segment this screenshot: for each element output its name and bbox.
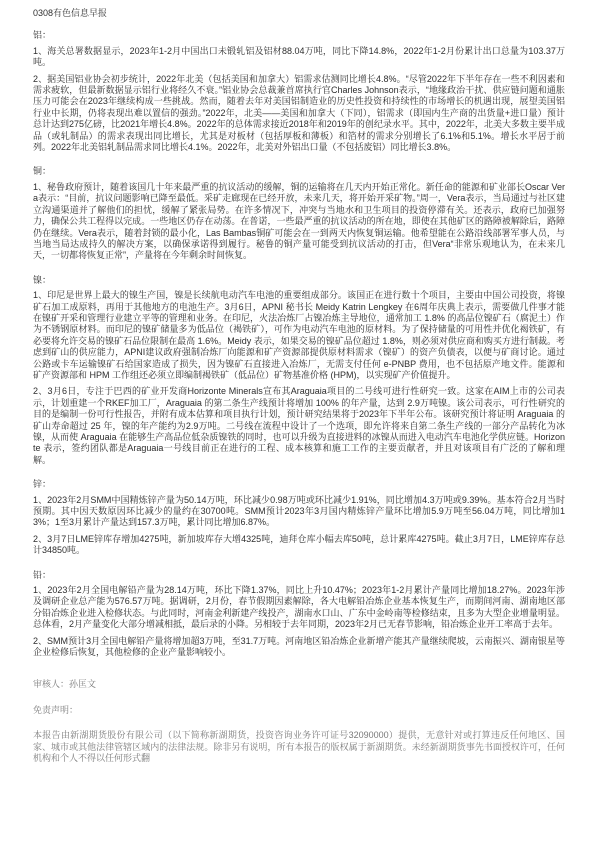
- section-zinc: 锌： 1、2023年2月SMM中国精炼锌产量为50.14万吨，环比减少0.98万…: [33, 479, 565, 556]
- lead-item-2: 2、SMM预计3月全国电解铅产量将增加超3万吨，至31.7万吨。河南地区铅冶炼企…: [33, 636, 565, 659]
- disclaimer-text: 本报告由新湖期货股份有限公司（以下简称新湖期货，投资咨询业务许可证号320900…: [33, 730, 565, 764]
- section-nickel: 镍： 1、印尼是世界上最大的镍生产国，镍是长续航电动汽车电池的重要组成部分。该国…: [33, 275, 565, 467]
- lead-item-1: 1、2023年2月全国电解铅产量为28.14万吨，环比下降1.37%，同比上升1…: [33, 585, 565, 631]
- nickel-item-2: 2、3月6日，专注于巴西的矿业开发商Horizonte Minerals宣布其A…: [33, 386, 565, 466]
- zinc-item-2: 2、3月7日LME锌库存增加4275吨，新加坡库存大增4325吨，迪拜仓库小幅去…: [33, 534, 565, 557]
- section-label-aluminum: 铝：: [33, 30, 565, 41]
- section-label-zinc: 锌：: [33, 479, 565, 490]
- aluminum-item-1: 1、海关总署数据显示，2023年1-2月中国出口未锻轧铝及铝材88.04万吨，同…: [33, 46, 565, 69]
- section-aluminum: 铝： 1、海关总署数据显示，2023年1-2月中国出口未锻轧铝及铝材88.04万…: [33, 30, 565, 153]
- section-lead: 铅： 1、2023年2月全国电解铅产量为28.14万吨，环比下降1.37%，同比…: [33, 570, 565, 659]
- aluminum-item-2: 2、据美国铝业协会初步统计，2022年北美（包括美国和加拿大）铝需求估测同比增长…: [33, 74, 565, 154]
- report-footer: 审核人：孙匡文 免责声明： 本报告由新湖期货股份有限公司（以下简称新湖期货，投资…: [33, 679, 565, 765]
- section-label-lead: 铅：: [33, 570, 565, 581]
- nickel-item-1: 1、印尼是世界上最大的镍生产国，镍是长续航电动汽车电池的重要组成部分。该国正在进…: [33, 290, 565, 381]
- report-page: 0308有色信息早报 铝： 1、海关总署数据显示，2023年1-2月中国出口未锻…: [0, 0, 595, 842]
- copper-item-1: 1、秘鲁政府预计，随着该国几十年来最严重的抗议活动的缓解，铜的运输将在几天内开始…: [33, 182, 565, 262]
- zinc-item-1: 1、2023年2月SMM中国精炼锌产量为50.14万吨，环比减少0.98万吨或环…: [33, 495, 565, 529]
- section-label-copper: 铜：: [33, 166, 565, 177]
- section-label-nickel: 镍：: [33, 275, 565, 286]
- report-title: 0308有色信息早报: [33, 8, 565, 19]
- disclaimer-label: 免责声明：: [33, 705, 565, 716]
- reviewer-line: 审核人：孙匡文: [33, 679, 565, 690]
- section-copper: 铜： 1、秘鲁政府预计，随着该国几十年来最严重的抗议活动的缓解，铜的运输将在几天…: [33, 166, 565, 261]
